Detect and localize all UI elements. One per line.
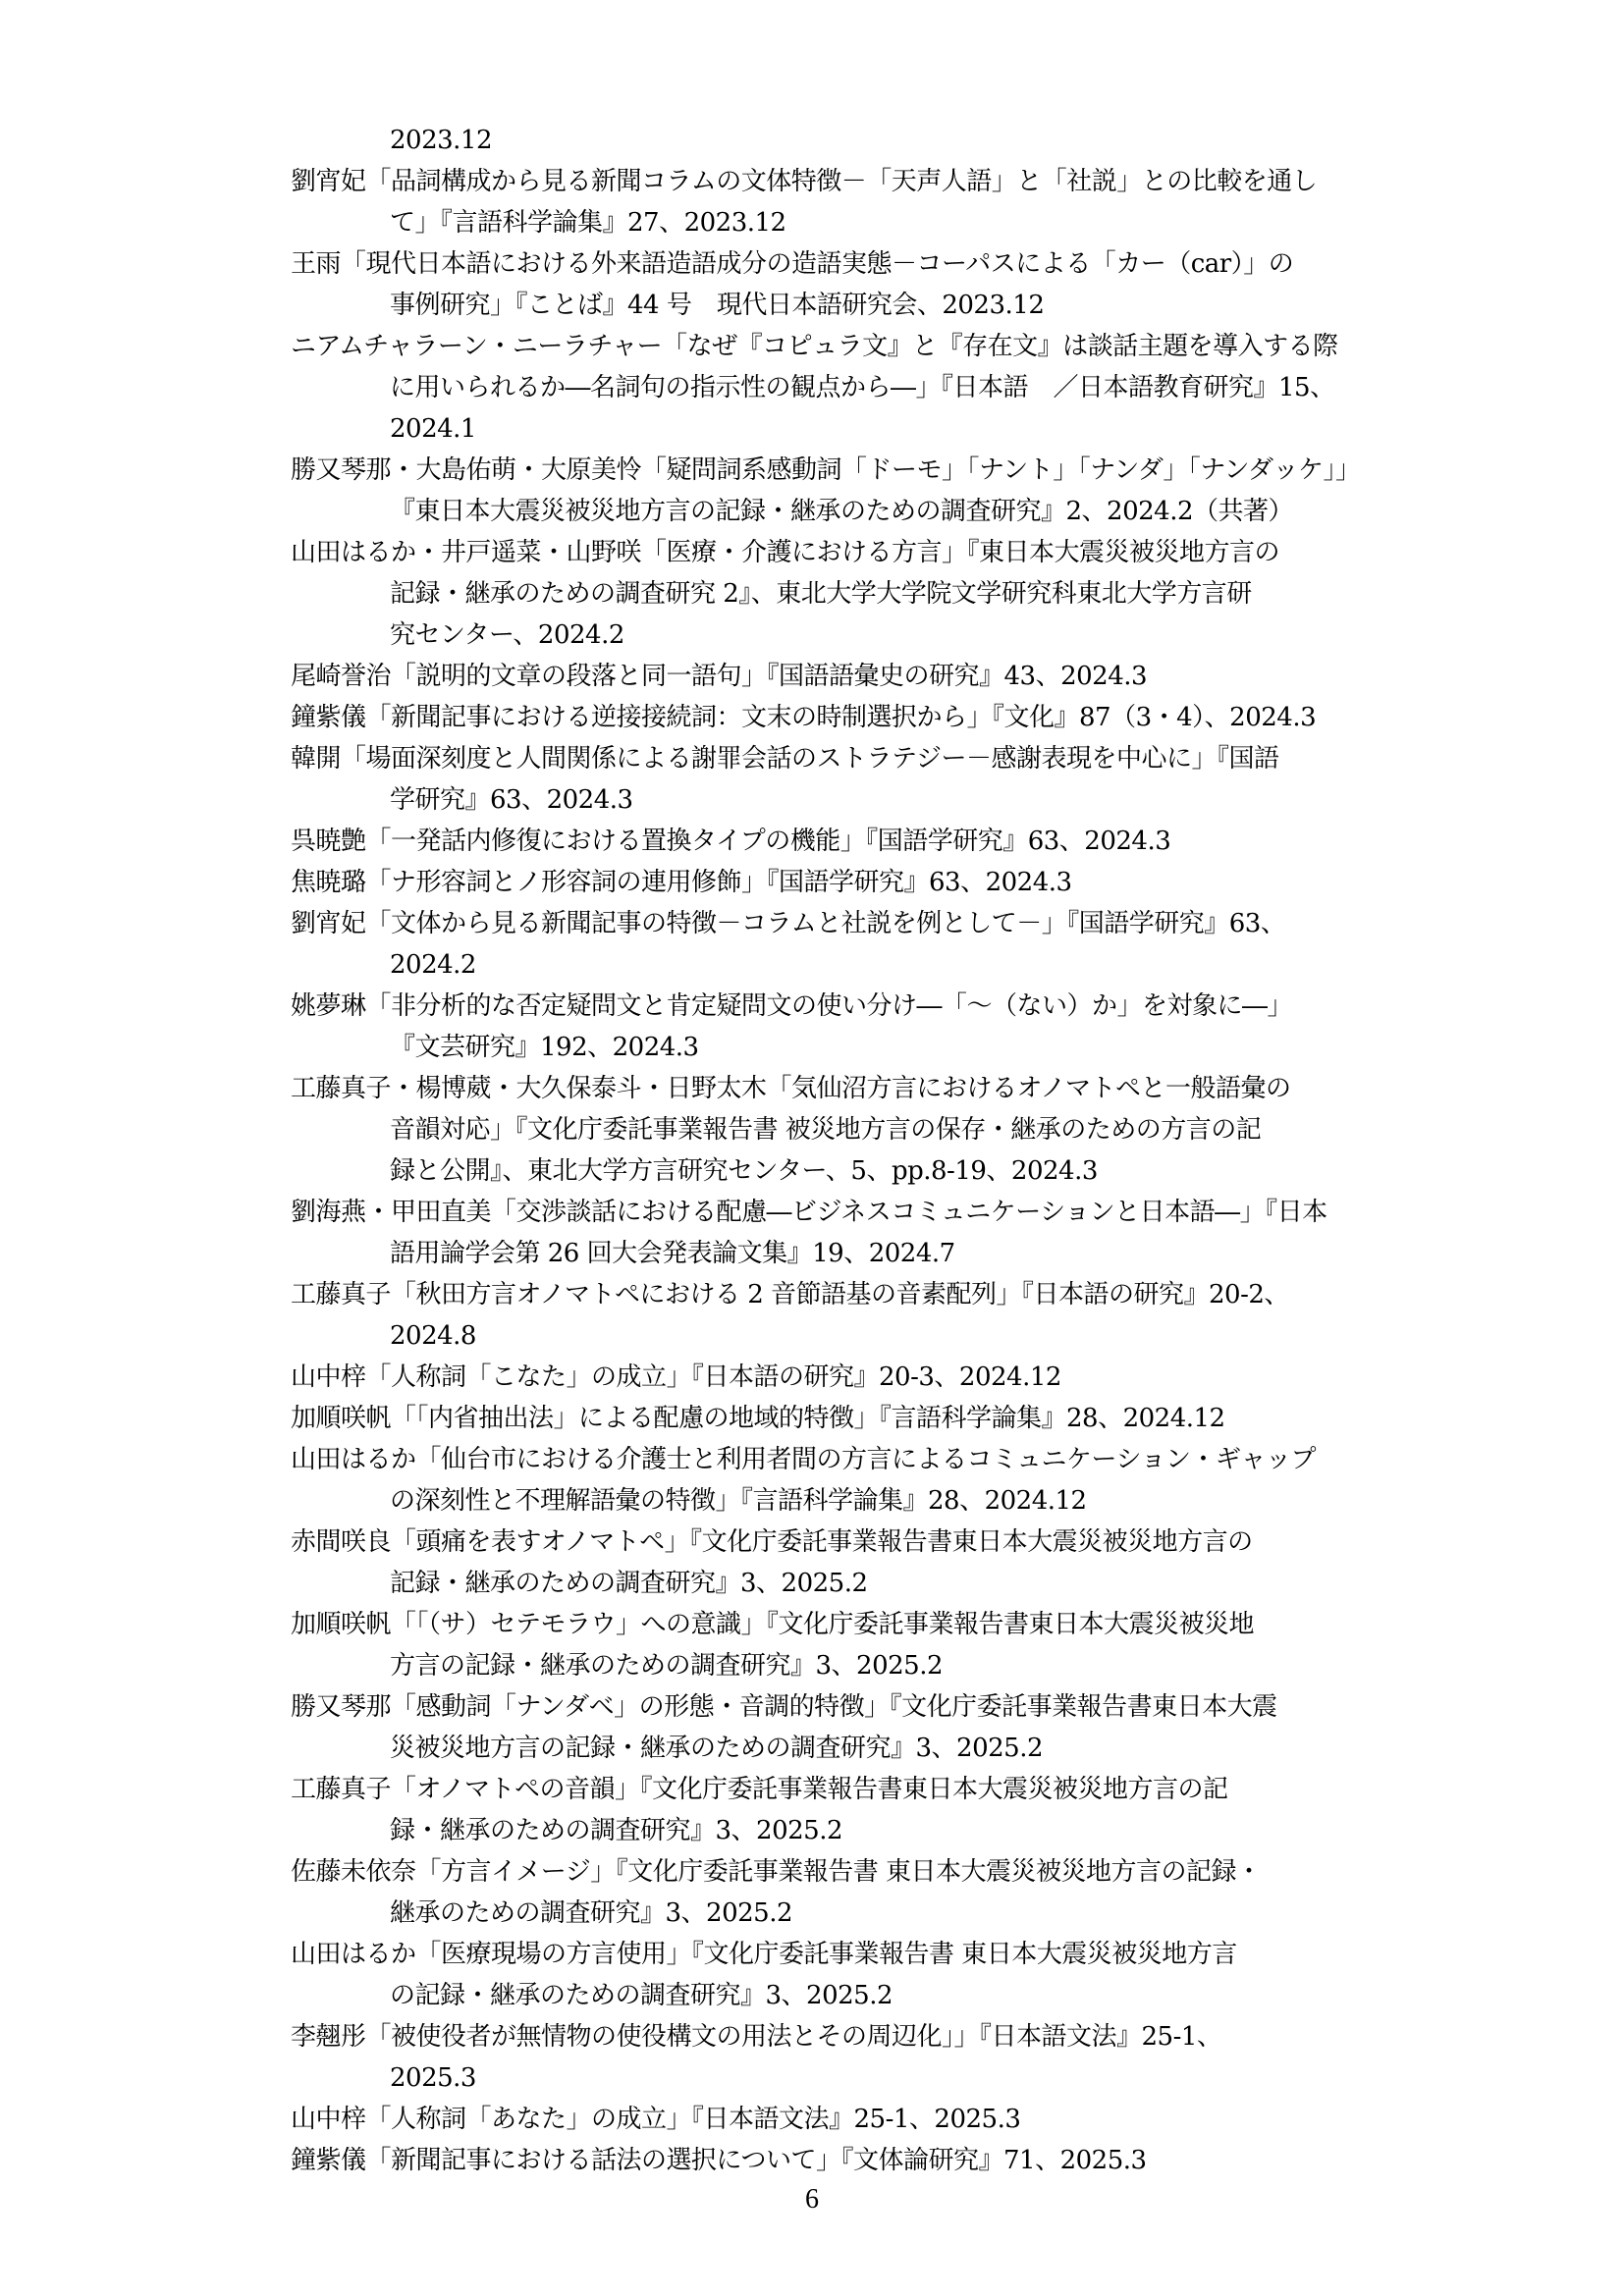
reference-entry: 鐘紫儀「新聞記事における話法の選択について」『文体論研究』71、2025.3 <box>291 2140 1400 2181</box>
reference-line-continuation: 録・継承のための調査研究』3、2025.2 <box>291 1810 1400 1851</box>
reference-entry: 山田はるか・井戸遥菜・山野咲「医療・介護における方言」『東日本大震災被災地方言の… <box>291 532 1400 656</box>
reference-entry: 焦暁璐「ナ形容詞とノ形容詞の連用修飾」『国語学研究』63、2024.3 <box>291 862 1400 903</box>
reference-line: 呉暁艶「一発話内修復における置換タイプの機能」『国語学研究』63、2024.3 <box>291 821 1400 862</box>
reference-entry: 劉宵妃「品詞構成から見る新聞コラムの文体特徴－「天声人語」と「社説」との比較を通… <box>291 161 1400 243</box>
reference-line: 勝又琴那・大島佑萌・大原美怜「疑問詞系感動詞「ドーモ」「ナント」「ナンダ」「ナン… <box>291 450 1400 491</box>
reference-entry: 呉暁艶「一発話内修復における置換タイプの機能」『国語学研究』63、2024.3 <box>291 821 1400 862</box>
reference-line-continuation: 録と公開』、東北大学方言研究センター、5、pp.8-19、2024.3 <box>291 1150 1400 1192</box>
reference-line: 工藤真子「秋田方言オノマトペにおける 2 音節語基の音素配列」『日本語の研究』2… <box>291 1274 1400 1315</box>
reference-line-continuation: 『文芸研究』192、2024.3 <box>291 1027 1400 1068</box>
reference-entry: 山中梓「人称詞「こなた」の成立」『日本語の研究』20-3、2024.12 <box>291 1357 1400 1398</box>
reference-entry: 王雨「現代日本語における外来語造語成分の造語実態－コーパスによる「カー（car）… <box>291 243 1400 326</box>
reference-entry: 山田はるか「仙台市における介護士と利用者間の方言によるコミュニケーション・ギャッ… <box>291 1439 1400 1522</box>
reference-line: 姚夢琳「非分析的な否定疑問文と肯定疑問文の使い分け―「～（ない）か」を対象に―」 <box>291 986 1400 1027</box>
reference-entry: 工藤真子・楊博葳・大久保泰斗・日野太木「気仙沼方言におけるオノマトペと一般語彙の… <box>291 1068 1400 1192</box>
reference-entry: 姚夢琳「非分析的な否定疑問文と肯定疑問文の使い分け―「～（ない）か」を対象に―」… <box>291 986 1400 1068</box>
reference-line-continuation: 語用論学会第 26 回大会発表論文集』19、2024.7 <box>291 1233 1400 1274</box>
reference-line-continuation: の深刻性と不理解語彙の特徴」『言語科学論集』28、2024.12 <box>291 1480 1400 1522</box>
reference-line: 工藤真子「オノマトペの音韻」『文化庁委託事業報告書東日本大震災被災地方言の記 <box>291 1769 1400 1810</box>
reference-line: 韓開「場面深刻度と人間関係による謝罪会話のストラテジー－感謝表現を中心に」『国語 <box>291 738 1400 779</box>
reference-line: ニアムチャラーン・ニーラチャー「なぜ『コピュラ文』と『存在文』は談話主題を導入す… <box>291 326 1400 367</box>
reference-line-continuation: 学研究』63、2024.3 <box>291 779 1400 821</box>
reference-entry: 加順咲帆「「内省抽出法」による配慮の地域的特徴」『言語科学論集』28、2024.… <box>291 1398 1400 1439</box>
reference-line-continuation: 事例研究」『ことば』44 号 現代日本語研究会、2023.12 <box>291 285 1400 326</box>
reference-line-continuation: 記録・継承のための調査研究』3、2025.2 <box>291 1563 1400 1604</box>
reference-line-continuation: の記録・継承のための調査研究』3、2025.2 <box>291 1975 1400 2016</box>
reference-line-continuation: 2023.12 <box>291 120 1400 161</box>
reference-entry: 劉海燕・甲田直美「交渉談話における配慮―ビジネスコミュニケーションと日本語―」『… <box>291 1192 1400 1274</box>
reference-line-continuation: 災被災地方言の記録・継承のための調査研究』3、2025.2 <box>291 1728 1400 1769</box>
page-number: 6 <box>0 2184 1624 2216</box>
reference-line-continuation: 記録・継承のための調査研究 2』、東北大学大学院文学研究科東北大学方言研 <box>291 573 1400 614</box>
reference-entry: 勝又琴那「感動詞「ナンダベ」の形態・音調的特徴」『文化庁委託事業報告書東日本大震… <box>291 1686 1400 1769</box>
reference-line: 鐘紫儀「新聞記事における逆接接続詞：文末の時制選択から」『文化』87（3・4）、… <box>291 697 1400 738</box>
reference-line: 李翹彤「被使役者が無情物の使役構文の用法とその周辺化」」『日本語文法』25-1、 <box>291 2016 1400 2057</box>
reference-entry: 山中梓「人称詞「あなた」の成立」『日本語文法』25-1、2025.3 <box>291 2099 1400 2140</box>
reference-line-continuation: 2024.2 <box>291 944 1400 986</box>
reference-entry: 尾崎誉治「説明的文章の段落と同一語句」『国語語彙史の研究』43、2024.3 <box>291 656 1400 697</box>
reference-entry: 山田はるか「医療現場の方言使用」『文化庁委託事業報告書 東日本大震災被災地方言の… <box>291 1934 1400 2016</box>
reference-line: 山田はるか・井戸遥菜・山野咲「医療・介護における方言」『東日本大震災被災地方言の <box>291 532 1400 573</box>
reference-line: 山中梓「人称詞「こなた」の成立」『日本語の研究』20-3、2024.12 <box>291 1357 1400 1398</box>
reference-line: 加順咲帆「「内省抽出法」による配慮の地域的特徴」『言語科学論集』28、2024.… <box>291 1398 1400 1439</box>
reference-entry: 勝又琴那・大島佑萌・大原美怜「疑問詞系感動詞「ドーモ」「ナント」「ナンダ」「ナン… <box>291 450 1400 532</box>
reference-entry: 工藤真子「オノマトペの音韻」『文化庁委託事業報告書東日本大震災被災地方言の記録・… <box>291 1769 1400 1851</box>
reference-line: 佐藤未依奈「方言イメージ」『文化庁委託事業報告書 東日本大震災被災地方言の記録・ <box>291 1851 1400 1893</box>
reference-line: 赤間咲良「頭痛を表すオノマトペ」『文化庁委託事業報告書東日本大震災被災地方言の <box>291 1522 1400 1563</box>
reference-line: 勝又琴那「感動詞「ナンダベ」の形態・音調的特徴」『文化庁委託事業報告書東日本大震 <box>291 1686 1400 1728</box>
reference-line: 工藤真子・楊博葳・大久保泰斗・日野太木「気仙沼方言におけるオノマトペと一般語彙の <box>291 1068 1400 1109</box>
reference-line-continuation: 方言の記録・継承のための調査研究』3、2025.2 <box>291 1645 1400 1686</box>
reference-line: 焦暁璐「ナ形容詞とノ形容詞の連用修飾」『国語学研究』63、2024.3 <box>291 862 1400 903</box>
reference-entry: 韓開「場面深刻度と人間関係による謝罪会話のストラテジー－感謝表現を中心に」『国語… <box>291 738 1400 821</box>
reference-line-continuation: 2025.3 <box>291 2057 1400 2099</box>
reference-line: 鐘紫儀「新聞記事における話法の選択について」『文体論研究』71、2025.3 <box>291 2140 1400 2181</box>
reference-line: 山田はるか「仙台市における介護士と利用者間の方言によるコミュニケーション・ギャッ… <box>291 1439 1400 1480</box>
reference-line: 劉宵妃「品詞構成から見る新聞コラムの文体特徴－「天声人語」と「社説」との比較を通… <box>291 161 1400 202</box>
reference-line-continuation: 音韻対応」『文化庁委託事業報告書 被災地方言の保存・継承のための方言の記 <box>291 1109 1400 1150</box>
reference-line: 山田はるか「医療現場の方言使用」『文化庁委託事業報告書 東日本大震災被災地方言 <box>291 1934 1400 1975</box>
reference-entry: 工藤真子「秋田方言オノマトペにおける 2 音節語基の音素配列」『日本語の研究』2… <box>291 1274 1400 1357</box>
reference-entry: 赤間咲良「頭痛を表すオノマトペ」『文化庁委託事業報告書東日本大震災被災地方言の記… <box>291 1522 1400 1604</box>
reference-line: 劉宵妃「文体から見る新聞記事の特徴－コラムと社説を例として－」『国語学研究』63… <box>291 903 1400 944</box>
reference-entry: 加順咲帆「「（サ）セテモラウ」への意識」『文化庁委託事業報告書東日本大震災被災地… <box>291 1604 1400 1686</box>
reference-line: 王雨「現代日本語における外来語造語成分の造語実態－コーパスによる「カー（car）… <box>291 243 1400 285</box>
reference-entry: ニアムチャラーン・ニーラチャー「なぜ『コピュラ文』と『存在文』は談話主題を導入す… <box>291 326 1400 450</box>
reference-line-continuation: 『東日本大震災被災地方言の記録・継承のための調査研究』2、2024.2（共著） <box>291 491 1400 532</box>
reference-line-continuation: て」『言語科学論集』27、2023.12 <box>291 202 1400 243</box>
reference-line: 山中梓「人称詞「あなた」の成立」『日本語文法』25-1、2025.3 <box>291 2099 1400 2140</box>
document-page: 2023.12劉宵妃「品詞構成から見る新聞コラムの文体特徴－「天声人語」と「社説… <box>0 0 1624 2296</box>
reference-line-continuation: 究センター、2024.2 <box>291 614 1400 656</box>
reference-entry: 佐藤未依奈「方言イメージ」『文化庁委託事業報告書 東日本大震災被災地方言の記録・… <box>291 1851 1400 1934</box>
reference-line-continuation: 継承のための調査研究』3、2025.2 <box>291 1893 1400 1934</box>
reference-entry: 鐘紫儀「新聞記事における逆接接続詞：文末の時制選択から」『文化』87（3・4）、… <box>291 697 1400 738</box>
reference-line: 尾崎誉治「説明的文章の段落と同一語句」『国語語彙史の研究』43、2024.3 <box>291 656 1400 697</box>
reference-entry: 2023.12 <box>291 120 1400 161</box>
reference-line-continuation: に用いられるか―名詞句の指示性の観点から―」『日本語 ／日本語教育研究』15、 <box>291 367 1400 408</box>
reference-entry: 劉宵妃「文体から見る新聞記事の特徴－コラムと社説を例として－」『国語学研究』63… <box>291 903 1400 986</box>
reference-list: 2023.12劉宵妃「品詞構成から見る新聞コラムの文体特徴－「天声人語」と「社説… <box>291 120 1400 2181</box>
reference-entry: 李翹彤「被使役者が無情物の使役構文の用法とその周辺化」」『日本語文法』25-1、… <box>291 2016 1400 2099</box>
reference-line-continuation: 2024.8 <box>291 1315 1400 1357</box>
reference-line-continuation: 2024.1 <box>291 408 1400 450</box>
reference-line: 劉海燕・甲田直美「交渉談話における配慮―ビジネスコミュニケーションと日本語―」『… <box>291 1192 1400 1233</box>
reference-line: 加順咲帆「「（サ）セテモラウ」への意識」『文化庁委託事業報告書東日本大震災被災地 <box>291 1604 1400 1645</box>
